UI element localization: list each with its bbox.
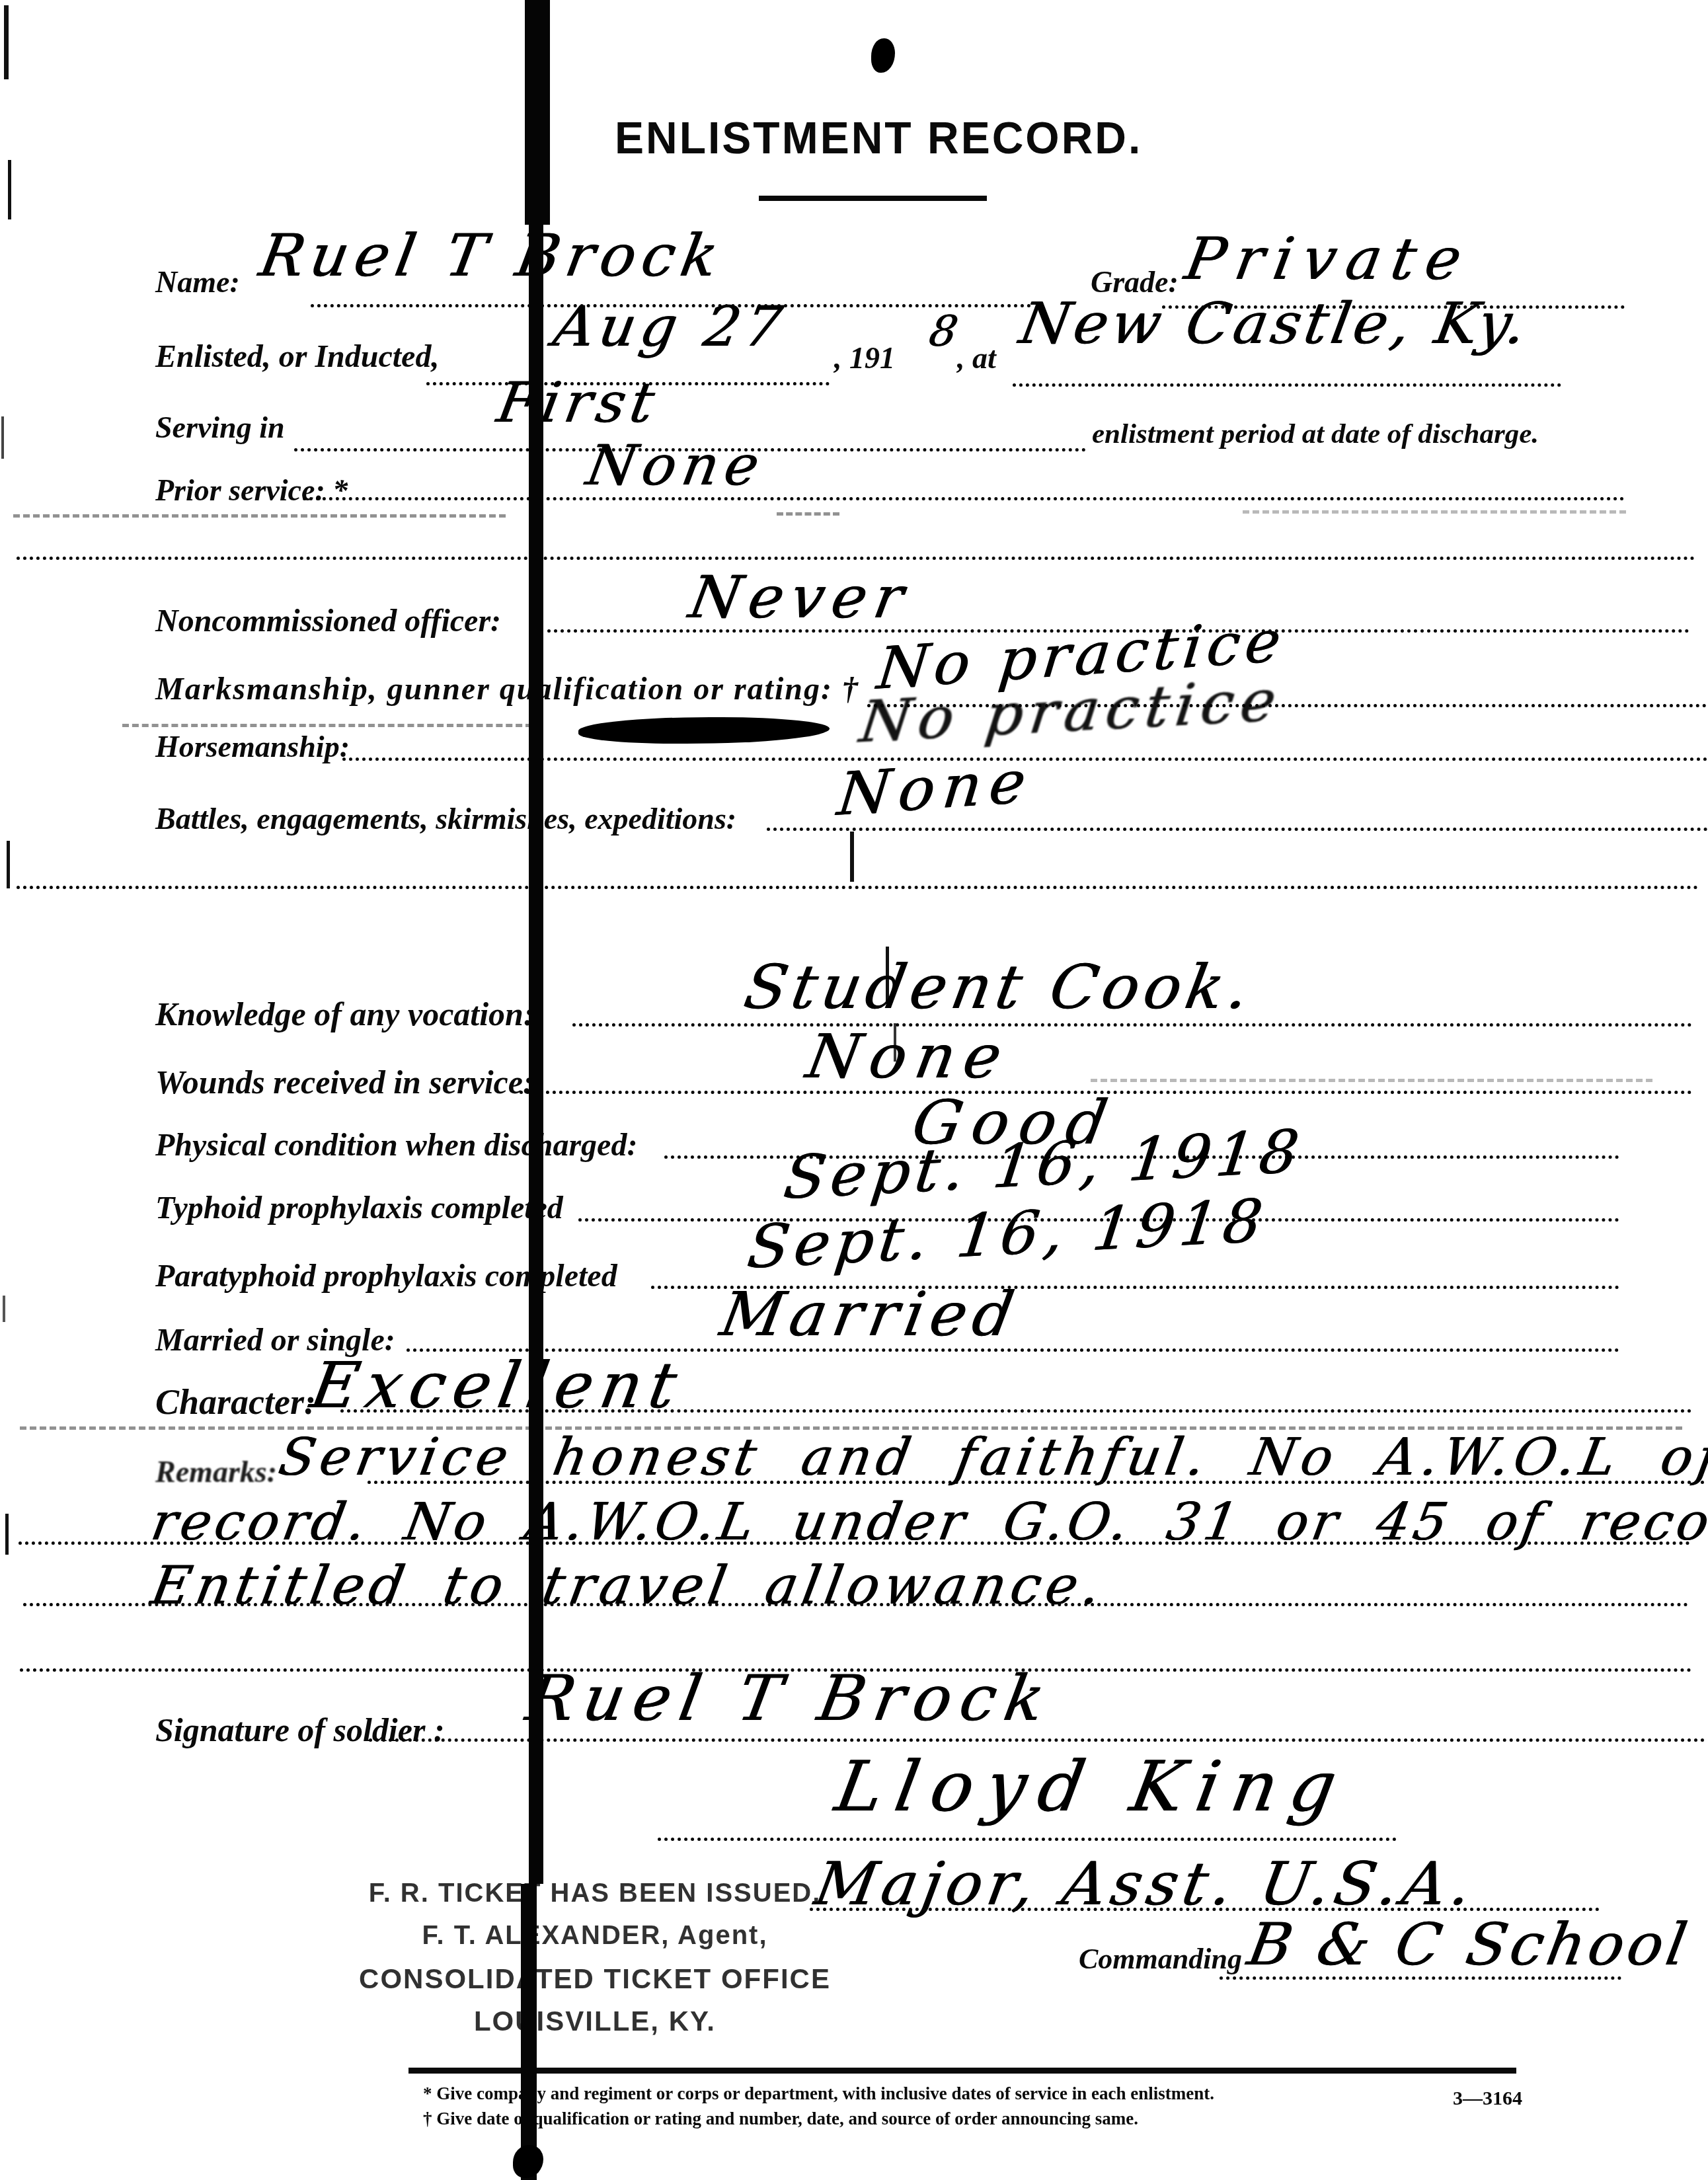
commanding-fill-line [1220, 1976, 1621, 1980]
marksmanship-label: Marksmanship, gunner qualification or ra… [155, 671, 859, 707]
ticket-stamp-line1: F. R. TICKET HAS BEEN ISSUED. [344, 1879, 846, 1908]
page-title: ENLISTMENT RECORD. [615, 111, 1142, 164]
scan-artifact [1091, 1079, 1652, 1082]
ticket-stamp-line2: F. T. ALEXANDER, Agent, [344, 1921, 846, 1951]
battles-value-handwriting: None [834, 747, 1036, 830]
paratyphoid-label: Paratyphoid prophylaxis completed [155, 1258, 617, 1294]
scan-artifact [777, 512, 839, 516]
remarks-line3-fill-line [23, 1603, 1689, 1606]
title-underline [759, 196, 987, 201]
enlisted-at-printed: , at [957, 340, 996, 375]
prior-service-fill-line [303, 497, 1625, 500]
form-number: 3—3164 [1453, 2087, 1522, 2110]
blank-continuation-line [17, 886, 1699, 889]
scan-artifact [7, 841, 10, 888]
ticket-stamp-line4: LOUISVILLE, KY. [344, 2005, 846, 2037]
vocation-label: Knowledge of any vocation: [155, 995, 535, 1033]
enlisted-year-printed: , 191 [834, 340, 895, 375]
ink-smudge [578, 717, 830, 744]
prior-service-value-handwriting: None [582, 433, 770, 498]
remarks-line1-handwriting: Service honest and faithful. No A.W.O.L … [274, 1428, 1708, 1487]
enlisted-date-handwriting: Aug 27 [549, 294, 791, 359]
ink-blot [871, 38, 895, 73]
battles-fill-line [767, 828, 1708, 831]
serving-suffix: enlistment period at date of discharge. [1092, 418, 1539, 450]
prior-service-label: Prior service: * [155, 473, 348, 508]
name-label: Name: [155, 264, 240, 299]
enlisted-place-handwriting: New Castle, Ky. [1015, 291, 1535, 357]
wounds-value-handwriting: None [801, 1021, 1015, 1092]
remarks-line3-handwriting: Entitled to travel allowance. [147, 1555, 1110, 1616]
scan-artifact [122, 724, 532, 727]
commanding-unit-handwriting: B & C School [1243, 1910, 1695, 1978]
remarks-line2-fill-line [19, 1541, 1691, 1545]
scan-artifact [4, 5, 9, 79]
typhoid-label: Typhoid prophylaxis completed [155, 1190, 563, 1226]
footnote-asterisk: * Give company and regiment or corps or … [423, 2083, 1214, 2104]
wounds-label: Wounds received in service: [155, 1063, 534, 1101]
soldier-signature-label: Signature of soldier : [155, 1711, 445, 1749]
fold-crease-blot [513, 2145, 543, 2178]
scan-artifact [13, 514, 506, 518]
nco-label: Noncommissioned officer: [155, 603, 501, 639]
scan-artifact [8, 160, 11, 219]
officer-signature-fill-line [658, 1838, 1397, 1841]
enlisted-place-fill-line [1013, 383, 1561, 387]
soldier-signature-fill-line [369, 1738, 1705, 1742]
fold-crease-line [529, 225, 543, 1884]
serving-value-handwriting: First [492, 370, 664, 435]
serving-label: Serving in [155, 410, 285, 445]
horsemanship-label: Horsemanship: [155, 729, 350, 764]
nco-value-handwriting: Never [684, 563, 916, 631]
scan-artifact [5, 1514, 9, 1555]
enlisted-label: Enlisted, or Inducted, [155, 338, 439, 375]
scan-artifact [1243, 510, 1626, 514]
enlistment-record-document: ENLISTMENT RECORD. Name: Ruel T Brock Gr… [0, 0, 1708, 2180]
remarks-line1-fill-line [368, 1481, 1705, 1484]
vocation-value-handwriting: Student Cook. [739, 952, 1259, 1023]
scan-artifact [850, 832, 854, 882]
character-label: Character: [155, 1382, 316, 1422]
footer-rule [408, 2068, 1516, 2074]
physical-condition-label: Physical condition when discharged: [155, 1127, 637, 1163]
vocation-fill-line [572, 1023, 1692, 1027]
scan-artifact [3, 1296, 5, 1322]
soldier-signature-handwriting: Ruel T Brock [521, 1662, 1059, 1735]
grade-value-handwriting: Private [1180, 225, 1477, 293]
blank-continuation-line [17, 557, 1695, 560]
battles-label: Battles, engagements, skirmishes, expedi… [155, 801, 736, 836]
enlisted-year-digit-handwriting: 8 [925, 307, 961, 356]
married-value-handwriting: Married [715, 1279, 1025, 1350]
fold-crease-line [521, 1884, 537, 2180]
commanding-label: Commanding [1079, 1942, 1242, 1976]
name-value-handwriting: Ruel T Brock [254, 221, 729, 290]
scan-artifact [1, 416, 4, 459]
remarks-label: Remarks: [155, 1454, 277, 1489]
fold-crease-line [525, 0, 550, 225]
officer-signature-handwriting: Lloyd King [830, 1746, 1355, 1827]
ticket-stamp-line3: CONSOLIDATED TICKET OFFICE [344, 1963, 846, 1995]
